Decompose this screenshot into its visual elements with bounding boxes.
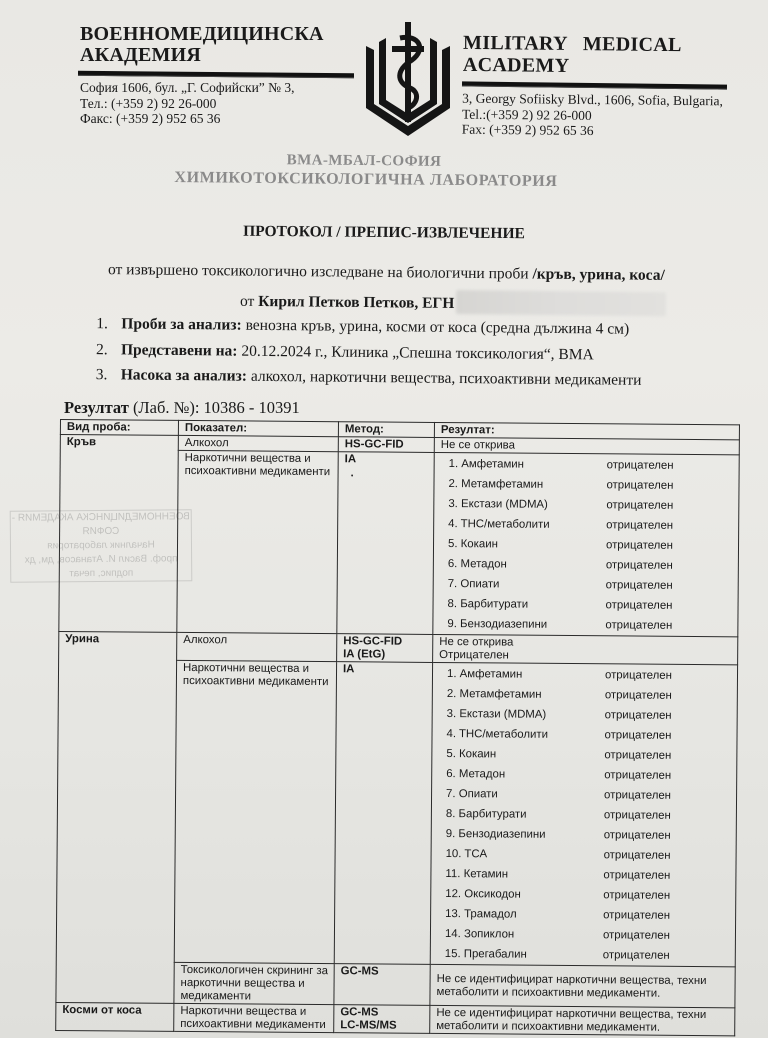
drug-result: отрицателен [604,769,671,783]
drug-name: 1. Амфетамин [439,667,605,681]
drug-name: 10. TCA [438,847,604,861]
document-title: ПРОТОКОЛ / ПРЕПИС-ИЗВЛЕЧЕНИЕ [0,221,768,246]
caduceus-shield-logo-icon [362,20,454,138]
drug-name: 3. Екстази (MDMA) [439,707,605,721]
drug-result: отрицателен [604,829,671,843]
method-value: LC-MS/MS [340,1019,425,1033]
drug-result-row: 12. Оксикодонотрицателен [437,884,731,906]
drug-result-row: 10. TCAотрицателен [438,844,732,866]
drug-result: отрицателен [606,519,673,533]
header-rule-left [78,71,354,78]
header-sample-type: Вид проба: [60,420,178,436]
item-number: 2. [96,341,121,359]
drug-result: отрицателен [606,599,673,613]
header-method: Метод: [338,422,434,438]
drug-result: отрицателен [604,849,671,863]
result-cell: Не се открива Отрицателен [433,634,738,664]
drug-result: отрицателен [606,579,673,593]
item-label: Насока за анализ: [121,366,247,384]
bg-phone: Тел.: (+359 2) 92 26-000 [80,96,295,112]
document-intro: от извършено токсикологично изследване н… [108,261,665,285]
drug-result: отрицателен [605,709,672,723]
bg-name-line2: АКАДЕМИЯ [80,45,324,66]
drug-name: 1. Амфетамин [441,457,607,471]
drug-result: отрицателен [603,869,670,883]
drug-result-row: 9. Бензодиазепиниотрицателен [439,614,733,636]
drug-name: 4. THC/метаболити [438,727,604,741]
drug-result-row: 8. Барбитуратиотрицателен [439,594,733,616]
analysis-details-list: 1.Проби за анализ: венозна кръв, урина, … [96,315,642,397]
method-cell: HS-GC-FID IA (EtG) [337,634,433,663]
drug-result: отрицателен [604,789,671,803]
en-fax: Fax: (+359 2) 952 65 36 [462,122,723,140]
result-lab-no-label: (Лаб. №) [129,398,195,417]
method-value: GC-MS [340,1006,425,1020]
drug-result-row: 11. Кетаминотрицателен [437,864,731,886]
drug-name: 7. Опиати [440,577,606,591]
method-value: IA (EtG) [343,648,428,662]
letterhead-en-name: MILITARY MEDICAL ACADEMY [463,32,682,78]
stray-dot: · [351,470,430,484]
indicator-alcohol: Алкохол [178,435,338,451]
drug-result: отрицателен [603,949,670,963]
patient-line: от Кирил Петков Петков, ЕГН [240,288,667,316]
indicator-drugs: Наркотични вещества и психоактивни медик… [177,450,338,633]
intro-text: от извършено токсикологично изследване н… [108,261,533,282]
intro-samples: /кръв, урина, коса/ [532,266,665,284]
method-cell: IA [334,662,432,965]
method-cell: HS-GC-FID [338,437,434,453]
drug-name: 6. Метадон [438,767,604,781]
drug-result: отрицателен [605,669,672,683]
en-name-line2: ACADEMY [463,54,682,78]
method-cell: IA · [337,452,434,635]
drug-result-row: 7. Опиатиотрицателен [438,784,732,806]
drug-result-row: 2. Метамфетаминотрицателен [439,684,733,706]
result-lab-no: : 10386 - 10391 [195,398,300,417]
drug-result: отрицателен [603,909,670,923]
sample-hair: Косми от коса [56,1002,174,1031]
drug-result: отрицателен [603,929,670,943]
indicator-drugs: Наркотични вещества и психоактивни медик… [174,1003,334,1032]
table-row: Урина Алкохол HS-GC-FID IA (EtG) Не се о… [59,631,738,664]
drug-result: отрицателен [606,479,673,493]
patient-prefix: от [240,293,258,310]
indicator-alcohol: Алкохол [177,632,337,661]
drug-name: 13. Трамадол [437,907,603,921]
drug-name: 2. Метамфетамин [440,477,606,491]
item-value: венозна кръв, урина, косми от коса (сред… [242,317,630,338]
drug-result-row: 14. Зопиклонотрицателен [437,924,731,946]
method-cell: GC-MS [334,964,430,1006]
result-heading: Резултат (Лаб. №): 10386 - 10391 [64,398,300,418]
item-label: Проби за анализ: [121,315,242,333]
drug-name: 5. Кокаин [438,747,604,761]
drug-name: 8. Барбитурати [438,807,604,821]
drug-result: отрицателен [606,559,673,573]
drug-name: 9. Бензодиазепини [438,827,604,841]
en-name-line1: MILITARY MEDICAL [463,32,682,56]
drug-result-row: 6. Метадонотрицателен [438,764,732,786]
letterhead-en-contact: 3, Georgy Sofiisky Blvd., 1606, Sofia, B… [462,91,723,140]
result-value: Отрицателен [439,649,733,664]
indicator-drugs: Наркотични вещества и психоактивни медик… [174,660,336,963]
drug-name: 3. Екстази (MDMA) [440,497,606,511]
drug-result: отрицателен [605,619,672,633]
drug-result-row: 7. Опиатиотрицателен [440,574,734,596]
details-item: 3.Насока за анализ: алкохол, наркотични … [96,366,642,397]
item-label: Представени на: [121,341,238,359]
drug-result-row: 4. THC/метаболитиотрицателен [440,514,734,536]
drug-name: 4. THC/метаболити [440,517,606,531]
header-result: Резултат: [434,422,739,439]
item-value: 20.12.2024 г., Клиника „Спешна токсиколо… [237,342,593,363]
drug-name: 15. Прегабалин [437,947,603,961]
drug-name: 9. Бензодиазепини [439,617,605,631]
item-number: 3. [96,366,121,384]
drug-name: 2. Метамфетамин [439,687,605,701]
drug-result-row: 2. Метамфетаминотрицателен [440,474,734,496]
drug-result-row: 6. Метадонотрицателен [440,554,734,576]
drug-results-blood: 1. Амфетаминотрицателен2. Метамфетаминот… [433,452,739,636]
drug-result: отрицателен [603,889,670,903]
drug-result: отрицателен [604,749,671,763]
letterhead-bg-contact: София 1606, бул. „Г. Софийски” № 3, Тел.… [80,80,295,127]
drug-result: отрицателен [604,729,671,743]
drug-result-row: 9. Бензодиазепиниотрицателен [438,824,732,846]
header-indicator: Показател: [178,420,338,436]
item-value: алкохол, наркотични вещества, психоактив… [247,368,642,389]
drug-name: 12. Оксикодон [437,887,603,901]
drug-result-row: 1. Амфетаминотрицателен [439,664,733,686]
table-row: Косми от коса Наркотични вещества и псих… [56,1002,735,1035]
drug-result-row: 5. Кокаинотрицателен [438,744,732,766]
result-cell: Не се открива [434,437,739,454]
bg-name-line1: ВОЕННОМЕДИЦИНСКА [80,24,324,45]
letterhead-bg-name: ВОЕННОМЕДИЦИНСКА АКАДЕМИЯ [80,24,324,66]
drug-name: 8. Барбитурати [440,597,606,611]
result-cell: Не се идентифицират наркотични вещества,… [430,1005,735,1035]
sample-blood: Кръв [59,435,179,633]
results-table: Вид проба: Показател: Метод: Резултат: К… [55,419,740,1036]
indicator-screening: Токсикологичен скрининг за наркотични ве… [174,962,334,1004]
drug-results-urine: 1. Амфетаминотрицателен2. Метамфетаминот… [430,662,737,966]
drug-name: 11. Кетамин [437,867,603,881]
header-rule-right [462,81,727,89]
drug-result-row: 15. Прегабалинотрицателен [437,944,731,966]
drug-name: 14. Зопиклон [437,927,603,941]
redacted-id-blur [456,290,666,316]
drug-result: отрицателен [607,459,674,473]
result-label: Резултат [64,398,129,417]
drug-result: отрицателен [605,689,672,703]
result-cell: Не се идентифицират наркотични вещества,… [430,964,735,1007]
bg-address: София 1606, бул. „Г. Софийски” № 3, [80,80,295,96]
drug-name: 6. Метадон [440,557,606,571]
drug-result-row: 8. Барбитуратиотрицателен [438,804,732,826]
drug-result-row: 5. Кокаинотрицателен [440,534,734,556]
drug-name: 5. Кокаин [440,537,606,551]
patient-name: Кирил Петков Петков, ЕГН [258,293,454,312]
sample-urine: Урина [56,631,177,1003]
bg-fax: Факс: (+359 2) 952 65 36 [80,111,295,127]
drug-result: отрицателен [606,539,673,553]
drug-result-row: 3. Екстази (MDMA)отрицателен [439,704,733,726]
drug-result: отрицателен [604,809,671,823]
drug-result-row: 4. THC/метаболитиотрицателен [438,724,732,746]
item-number: 1. [96,315,121,333]
drug-result-row: 3. Екстази (MDMA)отрицателен [440,494,734,516]
drug-result-row: 1. Амфетаминотрицателен [441,454,735,476]
drug-result: отрицателен [606,499,673,513]
method-value: HS-GC-FID [343,635,428,649]
drug-result-row: 13. Трамадолотрицателен [437,904,731,926]
drug-name: 7. Опиати [438,787,604,801]
method-value: IA [345,453,357,465]
method-cell: GC-MS LC-MS/MS [334,1005,430,1034]
